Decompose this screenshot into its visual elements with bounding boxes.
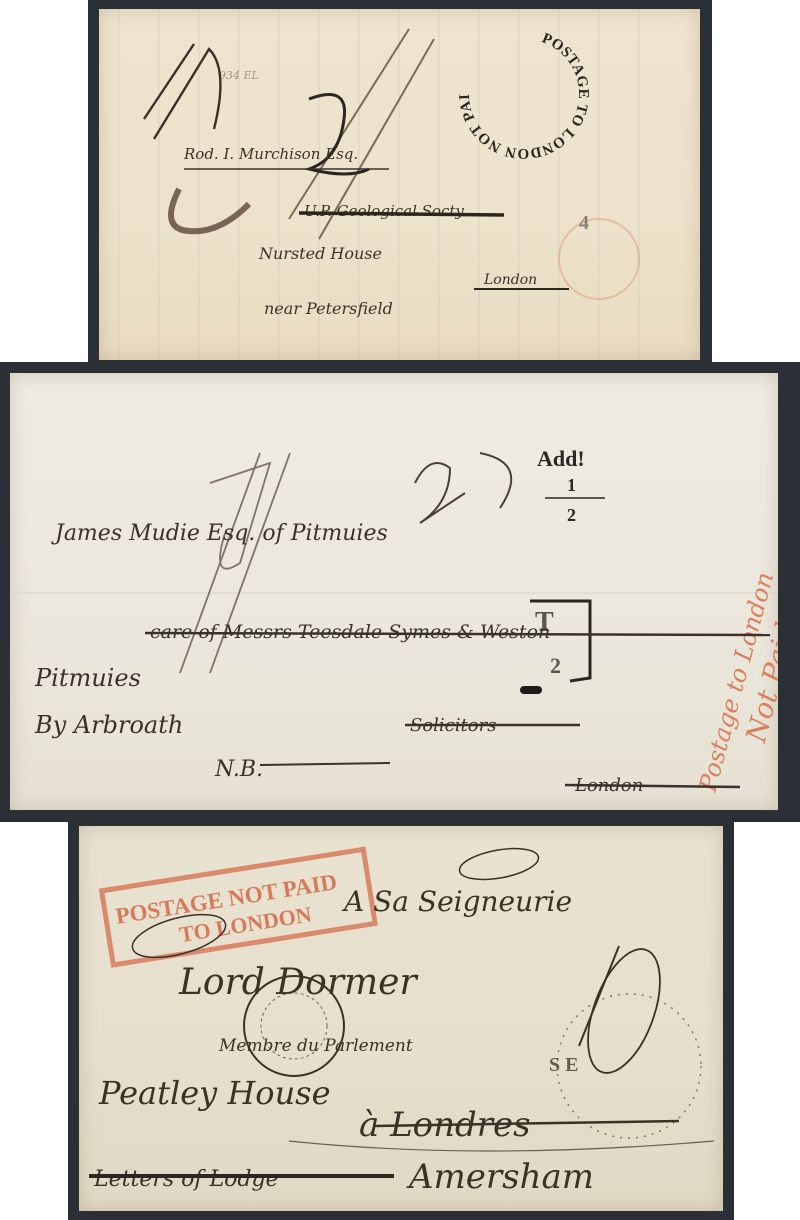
- pencil-note: 934 EL: [219, 69, 259, 82]
- cover-3: POSTAGE NOT PAID TO LONDON S E A Sa Seig…: [79, 826, 723, 1211]
- cover-3-art: POSTAGE NOT PAID TO LONDON S E A Sa Seig…: [79, 826, 723, 1211]
- svg-text:S E: S E: [549, 1054, 578, 1076]
- address-line: Peatley House: [98, 1074, 331, 1112]
- partial-datestamp: [557, 994, 701, 1138]
- address-line: Amersham: [406, 1157, 594, 1197]
- address-line-struck: London: [483, 272, 537, 288]
- address-line: near Petersfield: [264, 299, 393, 318]
- address-line-struck: Letters of Lodge: [93, 1167, 279, 1192]
- address-line: Lord Dormer: [178, 962, 418, 1003]
- address-line: A Sa Seigneurie: [341, 885, 572, 918]
- address-line: N.B.: [214, 757, 263, 782]
- address-line: By Arbroath: [34, 711, 183, 739]
- svg-text:4: 4: [579, 212, 589, 234]
- addl-fraction-top: 1: [567, 475, 576, 495]
- postage-not-paid-to-london-boxed-stamp: POSTAGE NOT PAID TO LONDON: [102, 849, 375, 965]
- address-line: Membre du Parlement: [218, 1036, 413, 1056]
- address-line: Rod. I. Murchison Esq.: [183, 145, 358, 163]
- addl-fraction-bottom: 2: [567, 505, 576, 525]
- cover-2-art: Add! 1 2 T 2 Postage to London Not Paid …: [10, 373, 778, 810]
- cover-1-art: 934 EL POSTAGE TO LONDON NOT PAID. Rod. …: [99, 9, 700, 360]
- addl-handstamp: Add!: [537, 446, 585, 471]
- cover-1: 934 EL POSTAGE TO LONDON NOT PAID. Rod. …: [99, 9, 700, 360]
- postage-not-paid-circular-stamp: POSTAGE TO LONDON NOT PAID.: [99, 9, 591, 161]
- red-postage-not-paid-script: Postage to London Not Paid: [693, 569, 778, 805]
- cover-2: Add! 1 2 T 2 Postage to London Not Paid …: [10, 373, 778, 810]
- rate-mark-10: [574, 940, 675, 1083]
- address-line-struck: U.P. Geological Socty: [304, 202, 464, 220]
- svg-text:2: 2: [550, 653, 561, 678]
- address-line: Pitmuies: [34, 664, 141, 692]
- address-line: Nursted House: [258, 244, 382, 263]
- address-line: James Mudie Esq. of Pitmuies: [51, 521, 388, 546]
